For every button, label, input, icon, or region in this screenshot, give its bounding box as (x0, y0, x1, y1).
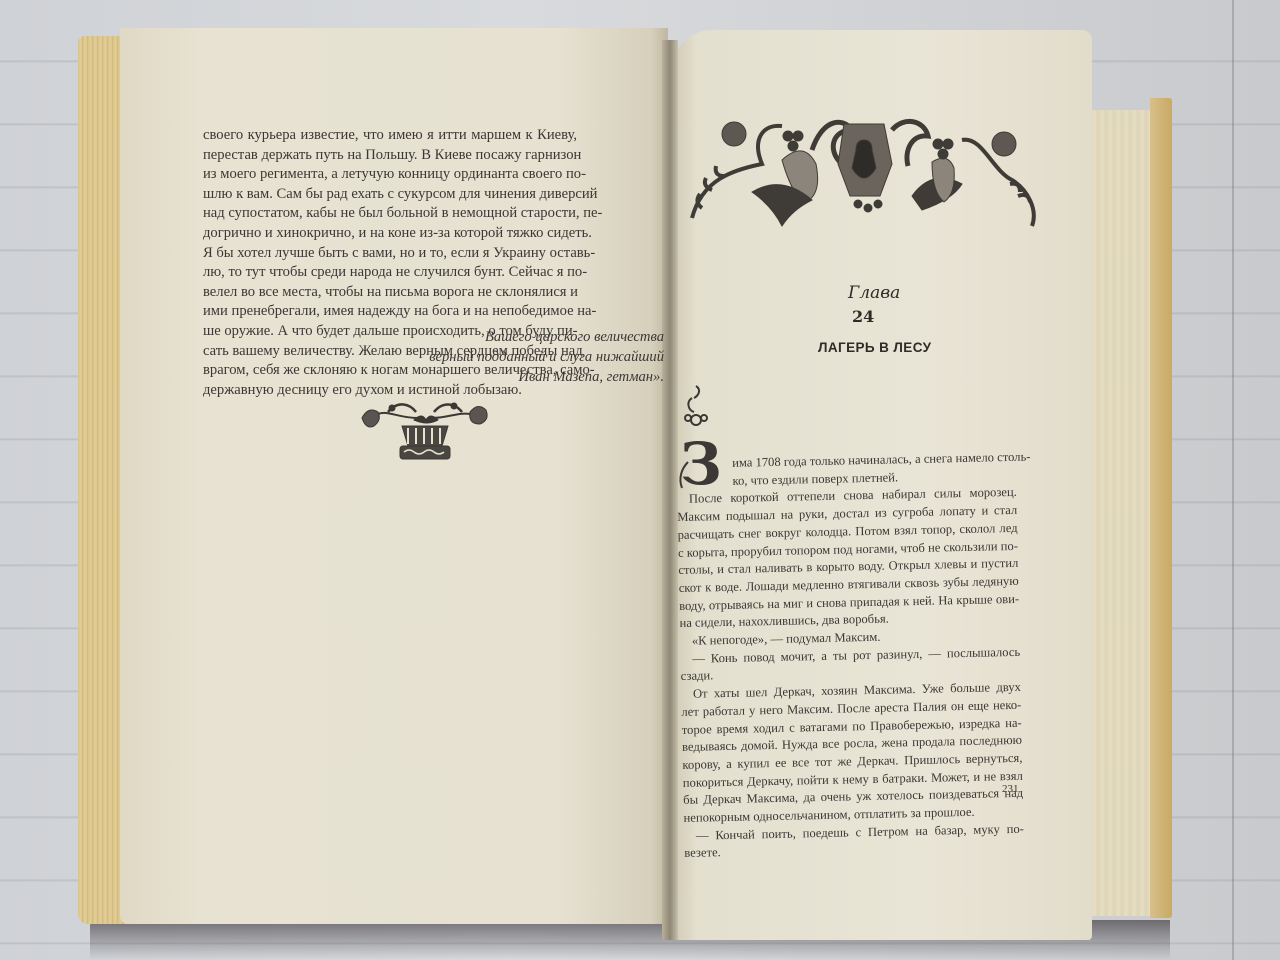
folk-ornament-headpiece-icon (672, 100, 1052, 248)
signature-line: Вашего царского величества (300, 327, 664, 347)
book-cover-edge (1150, 98, 1172, 918)
text-line: ими пренебрегали, имея надежду на бога и… (203, 302, 577, 322)
page-number: 231 (1002, 783, 1019, 795)
text-line: шлю к вам. Сам бы рад ехать с сукурсом д… (203, 185, 577, 205)
chapter-title: ЛАГЕРЬ В ЛЕСУ (818, 340, 931, 355)
right-page-body: има 1708 года только начиналась, а снега… (676, 449, 1024, 863)
open-book: своего курьера известие, что имею я итти… (0, 0, 1280, 960)
text-line: перестав держать путь на Польшу. В Киеве… (203, 146, 577, 166)
signature-line: Иван Мазепа, гетман». (300, 367, 664, 387)
chapter-label: Глава (848, 283, 900, 303)
text-line: из моего регимента, а летучую конницу ор… (203, 165, 577, 185)
text-line: Я бы хотел лучше быть с вами, но и то, е… (203, 244, 577, 264)
text-line: над супостатом, кабы не был больной в не… (203, 204, 577, 224)
letter-signature: Вашего царского величества верный поддан… (300, 327, 664, 387)
text-line: догрично и хинокрично, и на коне из-за к… (203, 224, 577, 244)
chapter-number: 24 (852, 307, 874, 326)
text-line: велел во все места, чтобы на письма воро… (203, 283, 577, 303)
text-line: лю, то тут чтобы среди народа не случилс… (203, 263, 577, 283)
text-line: своего курьера известие, что имею я итти… (203, 126, 577, 146)
signature-line: верный подданный и слуга нижайший (300, 347, 664, 367)
flower-pot-vignette-icon (358, 398, 492, 462)
